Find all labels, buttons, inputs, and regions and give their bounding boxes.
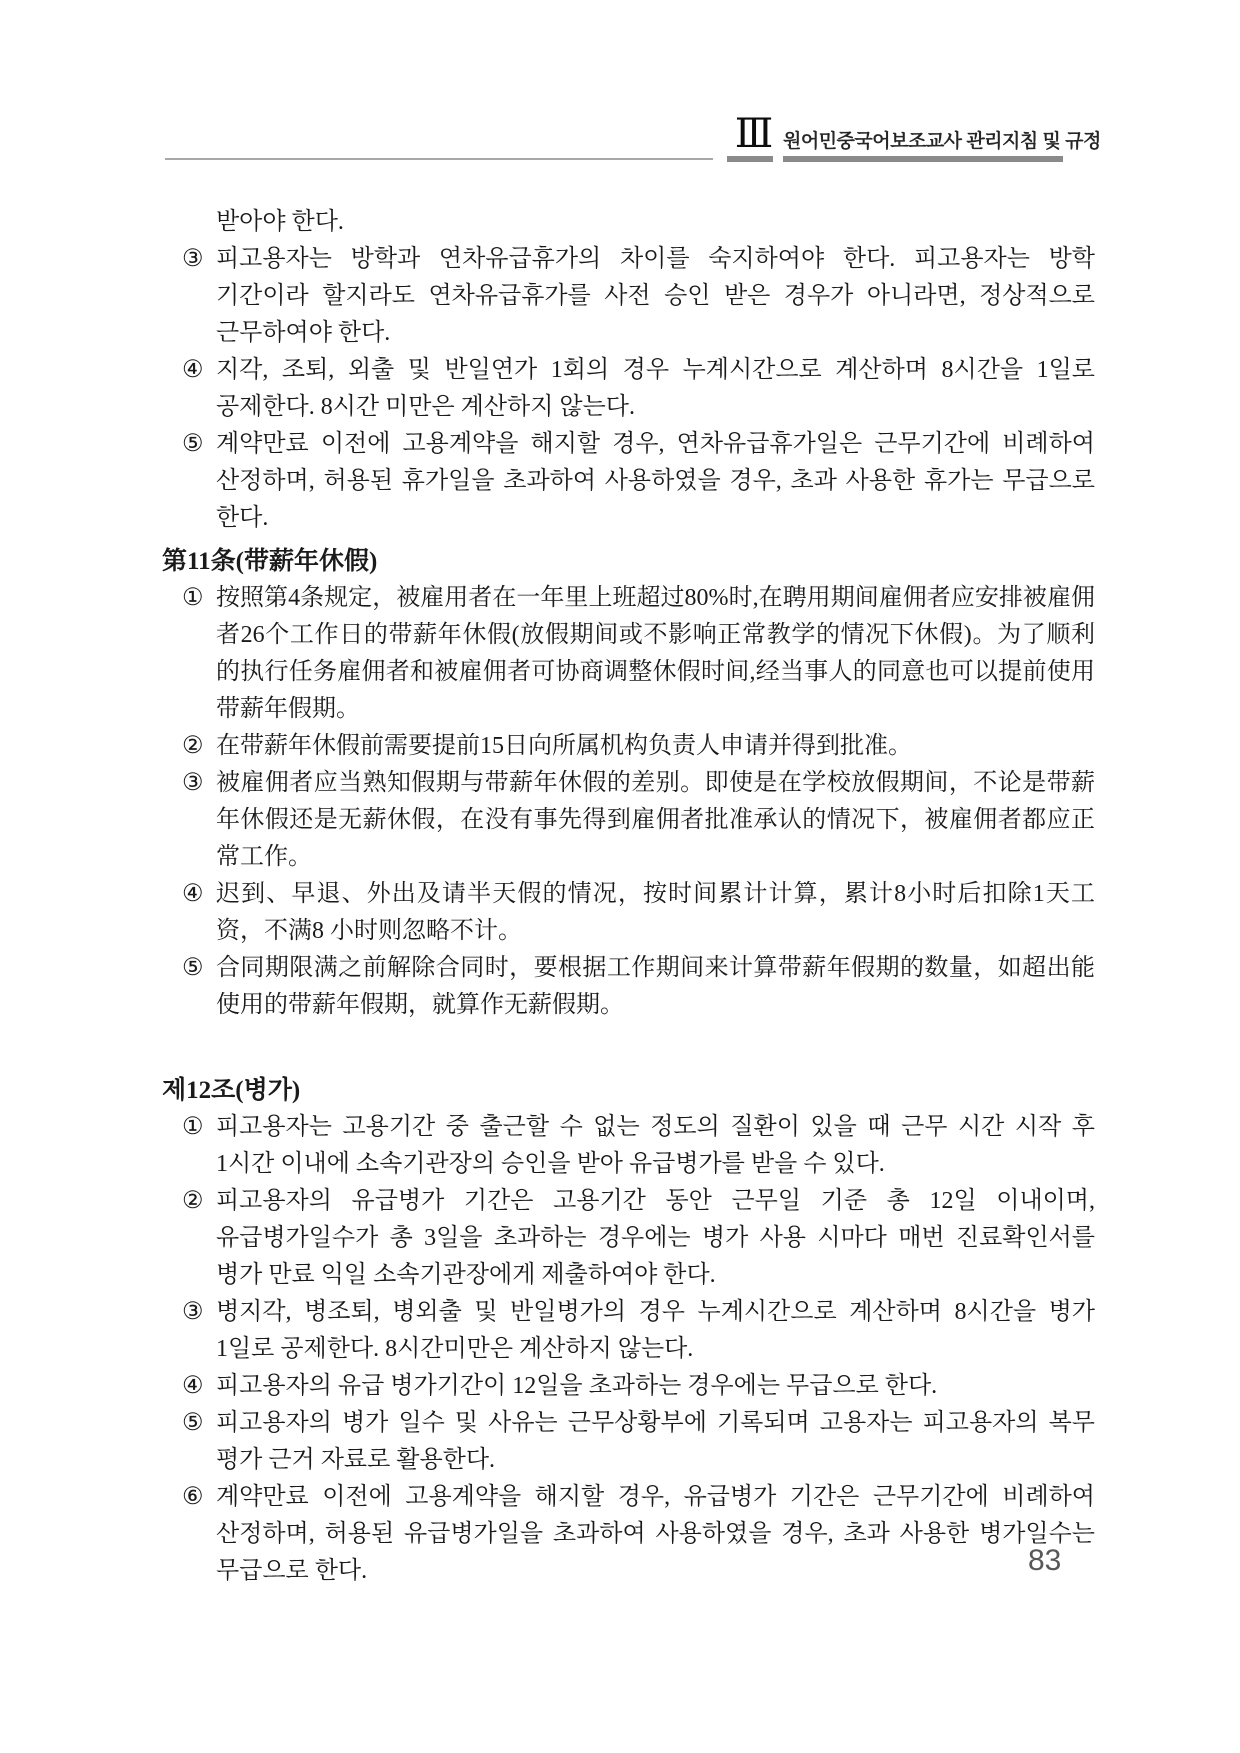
header-section-numeral: Ⅲ [730,112,778,156]
numbered-item: ④피고용자의 유급 병가기간이 12일을 초과하는 경우에는 무급으로 한다. [162,1368,1095,1405]
header-title-underline-bar [783,156,1063,162]
item-text: 계약만료 이전에 고용계약을 해지할 경우, 유급병가 기간은 근무기간에 비례… [216,1484,1095,1584]
document-content: 받아야 한다.③피고용자는 방학과 연차유급휴가의 차이를 숙지하여야 한다. … [162,204,1095,1590]
item-text: 피고용자의 병가 일수 및 사유는 근무상황부에 기록되며 고용자는 피고용자의… [216,1410,1095,1473]
item-number: ③ [182,1294,204,1331]
header-numeral-underline-bar [727,156,773,162]
item-number: ⑤ [182,426,204,463]
section-heading: 제12조(병가) [162,1072,1095,1109]
item-text: 被雇佣者应当熟知假期与带薪年休假的差别。即使是在学校放假期间，不论是带薪年休假还… [216,770,1095,870]
numbered-item: ②피고용자의 유급병가 기간은 고용기간 동안 근무일 기준 총 12일 이내이… [162,1183,1095,1294]
section-heading: 第11条(带薪年休假) [162,543,1095,580]
item-number: ② [182,1183,204,1220]
item-number: ⑤ [182,1405,204,1442]
numbered-item: ④迟到、早退、外出及请半天假的情况，按时间累计计算，累计8小时后扣除1天工资，不… [162,876,1095,950]
page-number: 83 [1028,1544,1061,1578]
numbered-item: ④지각, 조퇴, 외출 및 반일연가 1회의 경우 누계시간으로 계산하며 8시… [162,352,1095,426]
item-number: ① [182,580,204,617]
numbered-item: ⑤合同期限满之前解除合同时，要根据工作期间来计算带薪年假期的数量，如超出能使用的… [162,950,1095,1024]
item-text: 合同期限满之前解除合同时，要根据工作期间来计算带薪年假期的数量，如超出能使用的带… [216,955,1095,1018]
item-text: 피고용자의 유급병가 기간은 고용기간 동안 근무일 기준 총 12일 이내이며… [216,1188,1095,1288]
item-number: ③ [182,241,204,278]
item-number: ⑥ [182,1479,204,1516]
numbered-item: ⑤피고용자의 병가 일수 및 사유는 근무상황부에 기록되며 고용자는 피고용자… [162,1405,1095,1479]
numbered-item: ①按照第4条规定，被雇用者在一年里上班超过80%时,在聘用期间雇佣者应安排被雇佣… [162,580,1095,728]
item-text: 병지각, 병조퇴, 병외출 및 반일병가의 경우 누계시간으로 계산하며 8시간… [216,1299,1095,1362]
item-text: 迟到、早退、外出及请半天假的情况，按时间累计计算，累计8小时后扣除1天工资，不满… [216,881,1095,944]
numbered-item: ②在带薪年休假前需要提前15日向所属机构负责人申请并得到批准。 [162,728,1095,765]
numbered-item: ①피고용자는 고용기간 중 출근할 수 없는 정도의 질환이 있을 때 근무 시… [162,1109,1095,1183]
numbered-item: ⑥계약만료 이전에 고용계약을 해지할 경우, 유급병가 기간은 근무기간에 비… [162,1479,1095,1590]
numbered-item: ③피고용자는 방학과 연차유급휴가의 차이를 숙지하여야 한다. 피고용자는 방… [162,241,1095,352]
numbered-item: ③병지각, 병조퇴, 병외출 및 반일병가의 경우 누계시간으로 계산하며 8시… [162,1294,1095,1368]
item-text: 피고용자는 방학과 연차유급휴가의 차이를 숙지하여야 한다. 피고용자는 방학… [216,246,1095,346]
header-title: 원어민중국어보조교사 관리지침 및 규정 [783,126,1063,153]
item-text: 피고용자는 고용기간 중 출근할 수 없는 정도의 질환이 있을 때 근무 시간… [216,1114,1095,1177]
header-rule-thin [165,158,713,160]
item-number: ② [182,728,204,765]
numbered-item: ③被雇佣者应当熟知假期与带薪年休假的差别。即使是在学校放假期间，不论是带薪年休假… [162,765,1095,876]
item-text: 피고용자의 유급 병가기간이 12일을 초과하는 경우에는 무급으로 한다. [216,1373,937,1399]
item-number: ④ [182,352,204,389]
item-text: 按照第4条规定，被雇用者在一年里上班超过80%时,在聘用期间雇佣者应安排被雇佣者… [216,585,1095,722]
item-number: ④ [182,1368,204,1405]
item-number: ① [182,1109,204,1146]
item-number: ③ [182,765,204,802]
item-text: 지각, 조퇴, 외출 및 반일연가 1회의 경우 누계시간으로 계산하며 8시간… [216,357,1095,420]
item-number: ⑤ [182,950,204,987]
numbered-item: ⑤계약만료 이전에 고용계약을 해지할 경우, 연차유급휴가일은 근무기간에 비… [162,426,1095,537]
document-page: Ⅲ 원어민중국어보조교사 관리지침 및 규정 받아야 한다.③피고용자는 방학과… [0,0,1240,1753]
item-number: ④ [182,876,204,913]
item-text: 계약만료 이전에 고용계약을 해지할 경우, 연차유급휴가일은 근무기간에 비례… [216,431,1095,531]
paragraph-continuation: 받아야 한다. [162,204,1095,241]
item-text: 在带薪年休假前需要提前15日向所属机构负责人申请并得到批准。 [216,733,912,759]
